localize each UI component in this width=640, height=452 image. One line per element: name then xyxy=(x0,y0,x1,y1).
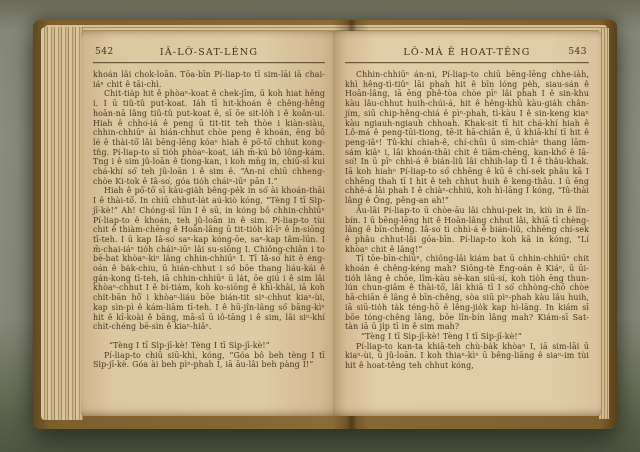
right-page-body: Chhin-chhiūⁿ án-ni, Pí-liap-to chiū bēng… xyxy=(345,70,589,371)
right-header-rule xyxy=(345,62,589,63)
paragraph: Chhin-chhiūⁿ án-ni, Pí-liap-to chiū bēng… xyxy=(345,70,589,206)
paragraph: Āu-lâi Pí-liap-to ū chòe-āu lâi chhui-pe… xyxy=(345,206,589,255)
paragraph: khoán lâi chok-loān. Tōa-bīn Pí-liap-to … xyxy=(93,70,325,89)
left-page-number: 542 xyxy=(95,47,114,57)
paragraph: Chit-tia̍p hit ê phòaⁿ-koat ê chek-jīm, … xyxy=(93,89,325,186)
quote-paragraph: “Tèng I tī Si̍p-jī-kè! Tèng I tī Si̍p-jī… xyxy=(93,341,325,351)
left-header-rule xyxy=(93,62,325,63)
page-stack-left-edge xyxy=(41,27,83,420)
right-running-title: LÔ-MÁ Ê HOAT-TÊNG xyxy=(345,47,589,58)
right-page: LÔ-MÁ Ê HOAT-TÊNG 543 Chhin-chhiūⁿ án-ni… xyxy=(333,31,601,416)
photo-background: 542 IÂ-LÔ͘-SAT-LÉNG khoán lâi chok-loān.… xyxy=(0,0,640,452)
paragraph: Hiah ê pō͘-tō͘ sī kàu-gia̍h bêng-pe̍k in… xyxy=(93,186,325,332)
right-page-header: LÔ-MÁ Ê HOAT-TÊNG 543 xyxy=(345,47,589,60)
paragraph: Tī tōe-bīn-chiūⁿ, chiông-lâi kiám bat ū … xyxy=(345,254,589,332)
quote-paragraph: “Tèng I tī Si̍p-jī-kè! Tèng I tī Si̍p-jī… xyxy=(345,332,589,342)
paragraph: Pí-liap-to chiū siū-khì, kóng, “Góa bô b… xyxy=(93,351,325,370)
left-running-title: IÂ-LÔ͘-SAT-LÉNG xyxy=(93,47,325,58)
left-page-body: khoán lâi chok-loān. Tōa-bīn Pí-liap-to … xyxy=(93,70,325,370)
open-book: 542 IÂ-LÔ͘-SAT-LÉNG khoán lâi chok-loān.… xyxy=(33,20,617,429)
paragraph: Pí-liap-to kan-ta khiā-teh chù-ba̍k khòa… xyxy=(345,342,589,371)
left-page-header: 542 IÂ-LÔ͘-SAT-LÉNG xyxy=(93,47,325,60)
right-page-number: 543 xyxy=(568,47,587,57)
left-page: 542 IÂ-LÔ͘-SAT-LÉNG khoán lâi chok-loān.… xyxy=(81,31,337,416)
